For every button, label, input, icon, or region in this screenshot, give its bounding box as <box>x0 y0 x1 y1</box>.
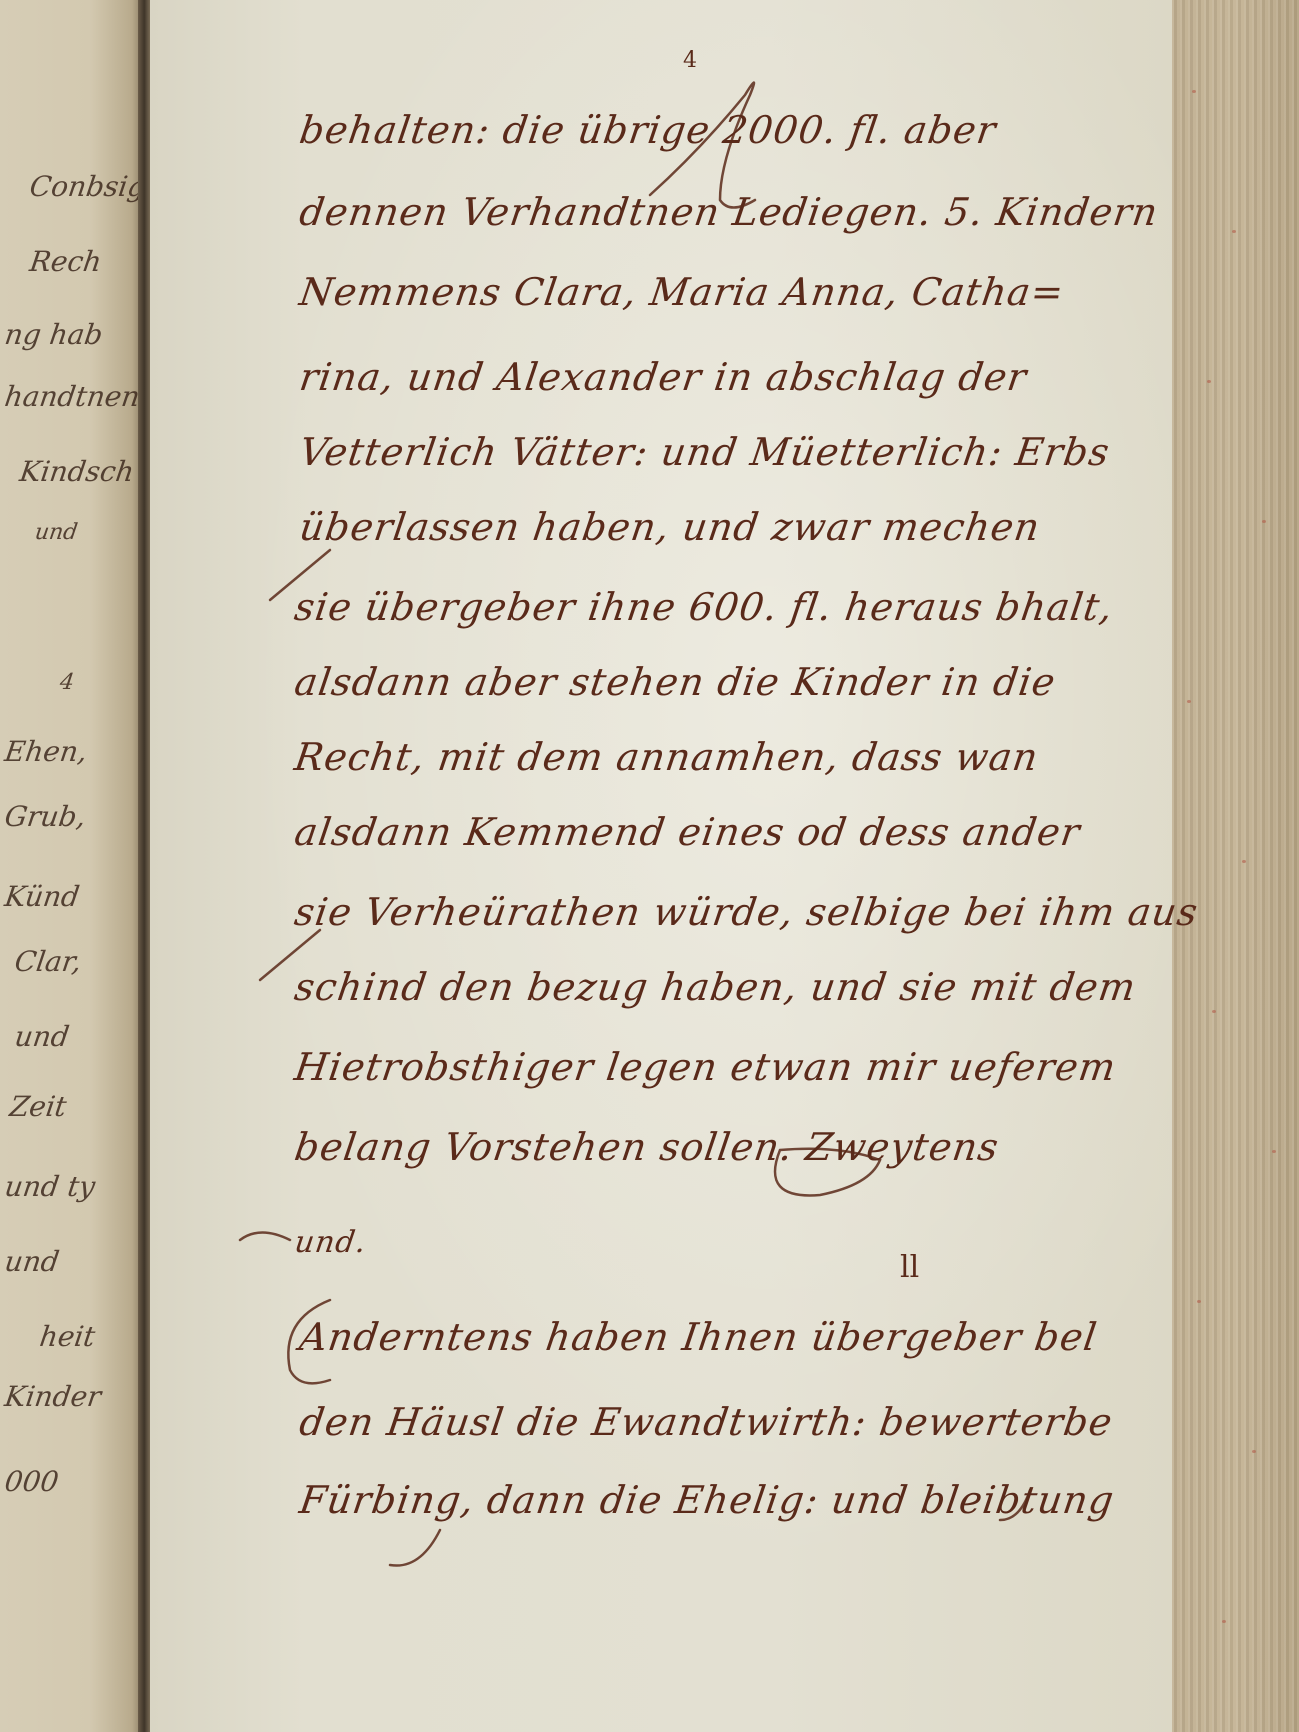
left-fragment: handtnen <box>3 380 142 413</box>
manuscript-line: dennen Verhandtnen Lediegen. 5. Kindern <box>297 190 1161 234</box>
left-fragment: Grub, <box>3 800 88 833</box>
manuscript-line: Fürbing, dann die Ehelig: und bleibtung <box>297 1478 1117 1522</box>
paragraph-mark: ll <box>900 1250 919 1285</box>
left-fragment: und <box>33 520 79 545</box>
left-fragment: Clar, <box>13 945 84 978</box>
manuscript-line: Recht, mit dem annamhen, dass wan <box>292 735 1042 779</box>
manuscript-line: sie übergeber ihne 600. fl. heraus bhalt… <box>292 585 1116 629</box>
manuscript-photo: Conbsige Rech ng hab handtnen Kindsch un… <box>0 0 1299 1732</box>
manuscript-line: überlassen haben, und zwar mechen <box>297 505 1043 549</box>
manuscript-line: Hietrobsthiger legen etwan mir ueferem <box>292 1045 1119 1089</box>
manuscript-line: belang Vorstehen sollen. Zweytens <box>292 1125 1002 1169</box>
left-fragment: heit <box>38 1320 97 1353</box>
manuscript-line: und. <box>293 1225 369 1260</box>
left-fragment: und ty <box>3 1170 98 1203</box>
manuscript-line: rina, und Alexander in abschlag der <box>297 355 1030 399</box>
left-page: Conbsige Rech ng hab handtnen Kindsch un… <box>0 0 150 1732</box>
left-fragment: Kinder <box>3 1380 103 1413</box>
left-fragment: und <box>3 1245 62 1278</box>
manuscript-line: schind den bezug haben, und sie mit dem <box>292 965 1139 1009</box>
right-page <box>150 0 1185 1732</box>
manuscript-line: den Häusl die Ewandtwirth: bewerterbe <box>297 1400 1116 1444</box>
left-fragment: und <box>13 1020 72 1053</box>
manuscript-line: Anderntens haben Ihnen übergeber bel <box>297 1315 1100 1359</box>
manuscript-line: sie Verheürathen würde, selbige bei ihm … <box>292 890 1201 934</box>
left-fragment: ng hab <box>3 318 105 351</box>
manuscript-line: alsdann Kemmend eines od dess ander <box>292 810 1083 854</box>
manuscript-line: Vetterlich Vätter: und Müetterlich: Erbs <box>297 430 1113 474</box>
left-fragment: Ehen, <box>3 735 90 768</box>
manuscript-line: alsdann aber stehen die Kinder in die <box>292 660 1059 704</box>
manuscript-line: behalten: die übrige 2000. fl. aber <box>297 108 999 152</box>
left-fragment: 4 <box>58 670 76 695</box>
folio-mark: 4 <box>683 48 697 73</box>
left-fragment: Zeit <box>8 1090 69 1123</box>
left-fragment: Kindsch <box>18 455 137 488</box>
left-fragment: 000 <box>3 1465 61 1498</box>
page-edges <box>1172 0 1299 1732</box>
manuscript-line: Nemmens Clara, Maria Anna, Catha= <box>297 270 1067 314</box>
left-fragment: Rech <box>28 245 104 278</box>
left-fragment: Künd <box>3 880 82 913</box>
